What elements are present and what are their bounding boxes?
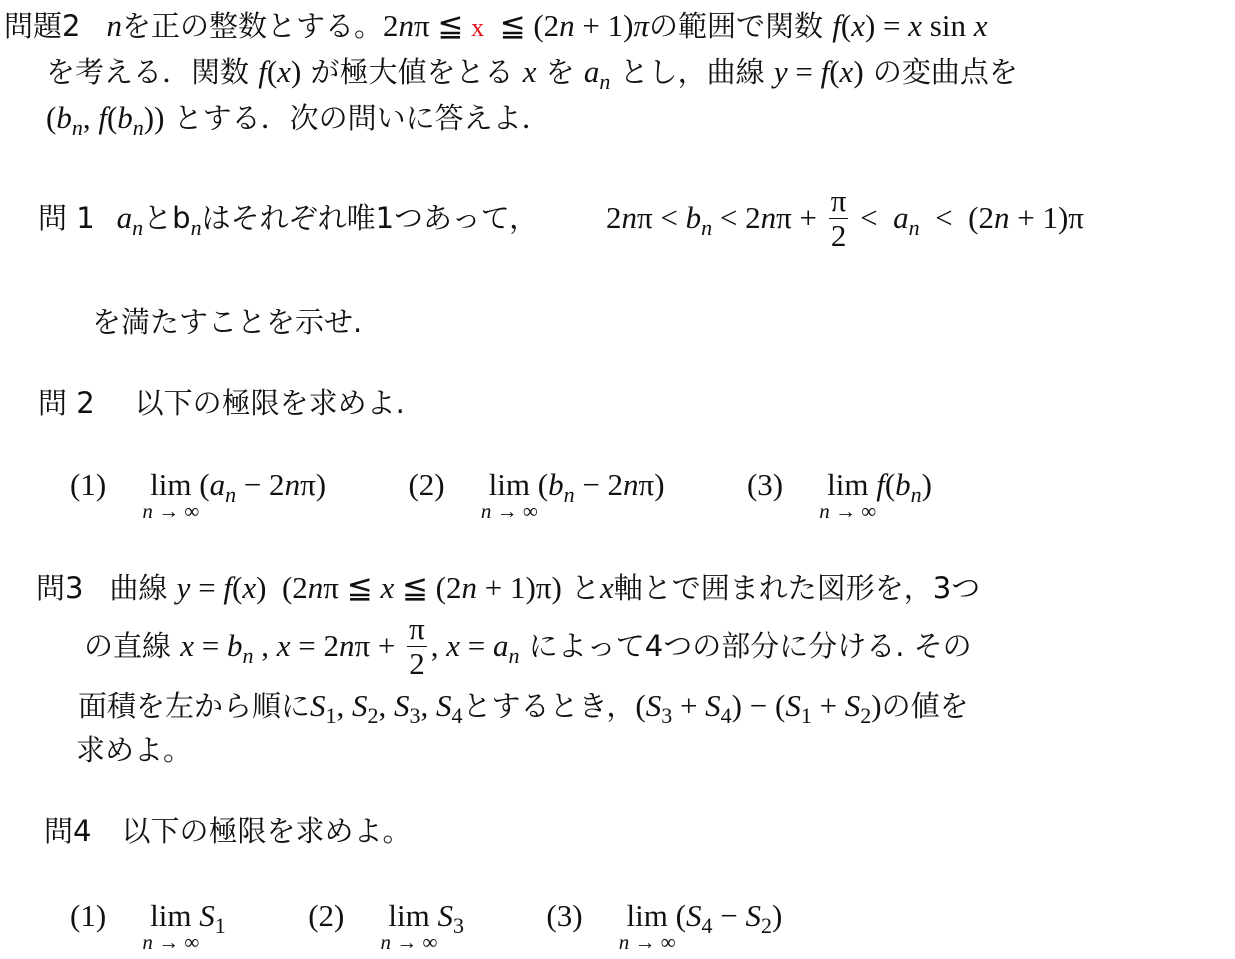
question-1-line-2: を満たすことを示せ. (92, 304, 362, 340)
problem-intro-line-1: 問題2nを正の整数とする。2nπ ≦ x ≦ (2n + 1)πの範囲で関数 f… (4, 8, 987, 46)
question-3-label: 問3 (36, 571, 83, 605)
question-2-items: (1)limn → ∞ (an − 2nπ) (2)limn → ∞ (bn −… (70, 467, 932, 513)
math-function: f (832, 8, 841, 43)
problem-title: 問題2 (4, 9, 80, 43)
q3-line3-c: の値を (882, 689, 969, 723)
limit-operator: limn → ∞ (827, 467, 868, 503)
item-number: (1) (70, 467, 106, 502)
question-3-line-4: 求めよ。 (76, 732, 192, 768)
question-1-label: 問 1 (38, 201, 95, 235)
math-n: n (106, 8, 122, 43)
q3-line2-b: によって4つの部分に分ける. その (529, 629, 972, 663)
problem-intro-line-3: (bn, f(bn)) とする．次の問いに答えよ． (46, 100, 551, 146)
item-number: (3) (546, 898, 582, 933)
q3-line2-a: の直線 (84, 629, 171, 663)
item-number: (2) (408, 467, 444, 502)
q3-line3-b: とするとき， (463, 689, 636, 723)
math-range: ≦ (2n + 1)π (484, 8, 649, 43)
question-4-items: (1)limn → ∞ S1 (2)limn → ∞ S3 (3)limn → … (70, 898, 782, 944)
fraction-pi-over-2: π2 (407, 614, 427, 679)
limit-operator: limn → ∞ (489, 467, 530, 503)
limit-operator: limn → ∞ (388, 898, 429, 934)
question-2: 問 2以下の極限を求めよ. (38, 385, 405, 421)
question-2-label: 問 2 (38, 386, 95, 420)
question-4: 問4以下の極限を求めよ。 (44, 813, 411, 849)
question-1-inequality: 2nπ < bn < 2nπ + π2 < an < (2n + 1)π (606, 182, 1084, 264)
question-3-line-2: の直線 x = bn , x = 2nπ + π2, x = an によって4つ… (84, 610, 972, 692)
highlighted-variable-x: x (471, 13, 484, 42)
item-number: (3) (747, 467, 783, 502)
question-1: 問 1anとbnはそれぞれ唯1つあって， (38, 200, 538, 246)
item-number: (1) (70, 898, 106, 933)
fraction-pi-over-2: π2 (829, 186, 849, 251)
problem-intro-line-2: を考える．関数 f(x) が極大値をとる x を an とし，曲線 y = f(… (46, 54, 1018, 100)
question-3-line-1: 問3曲線 y = f(x) (2nπ ≦ x ≦ (2n + 1)π) とx軸と… (36, 570, 980, 606)
math-2npi: 2nπ ≦ (383, 8, 471, 43)
question-2-text: 以下の極限を求めよ. (135, 386, 405, 420)
item-number: (2) (308, 898, 344, 933)
limit-operator: limn → ∞ (150, 898, 191, 934)
q1-text-a: とb (143, 201, 190, 235)
q1-text-b: はそれぞれ唯1つあって， (202, 201, 539, 235)
question-4-text: 以下の極限を求めよ。 (121, 814, 411, 848)
question-4-label: 問4 (44, 814, 91, 848)
q3-line3-a: 面積を左から順に (78, 689, 310, 723)
limit-operator: limn → ∞ (150, 467, 191, 503)
limit-operator: limn → ∞ (627, 898, 668, 934)
question-3-line-3: 面積を左から順にS1, S2, S3, S4とするとき，(S3 + S4) − … (78, 688, 969, 734)
